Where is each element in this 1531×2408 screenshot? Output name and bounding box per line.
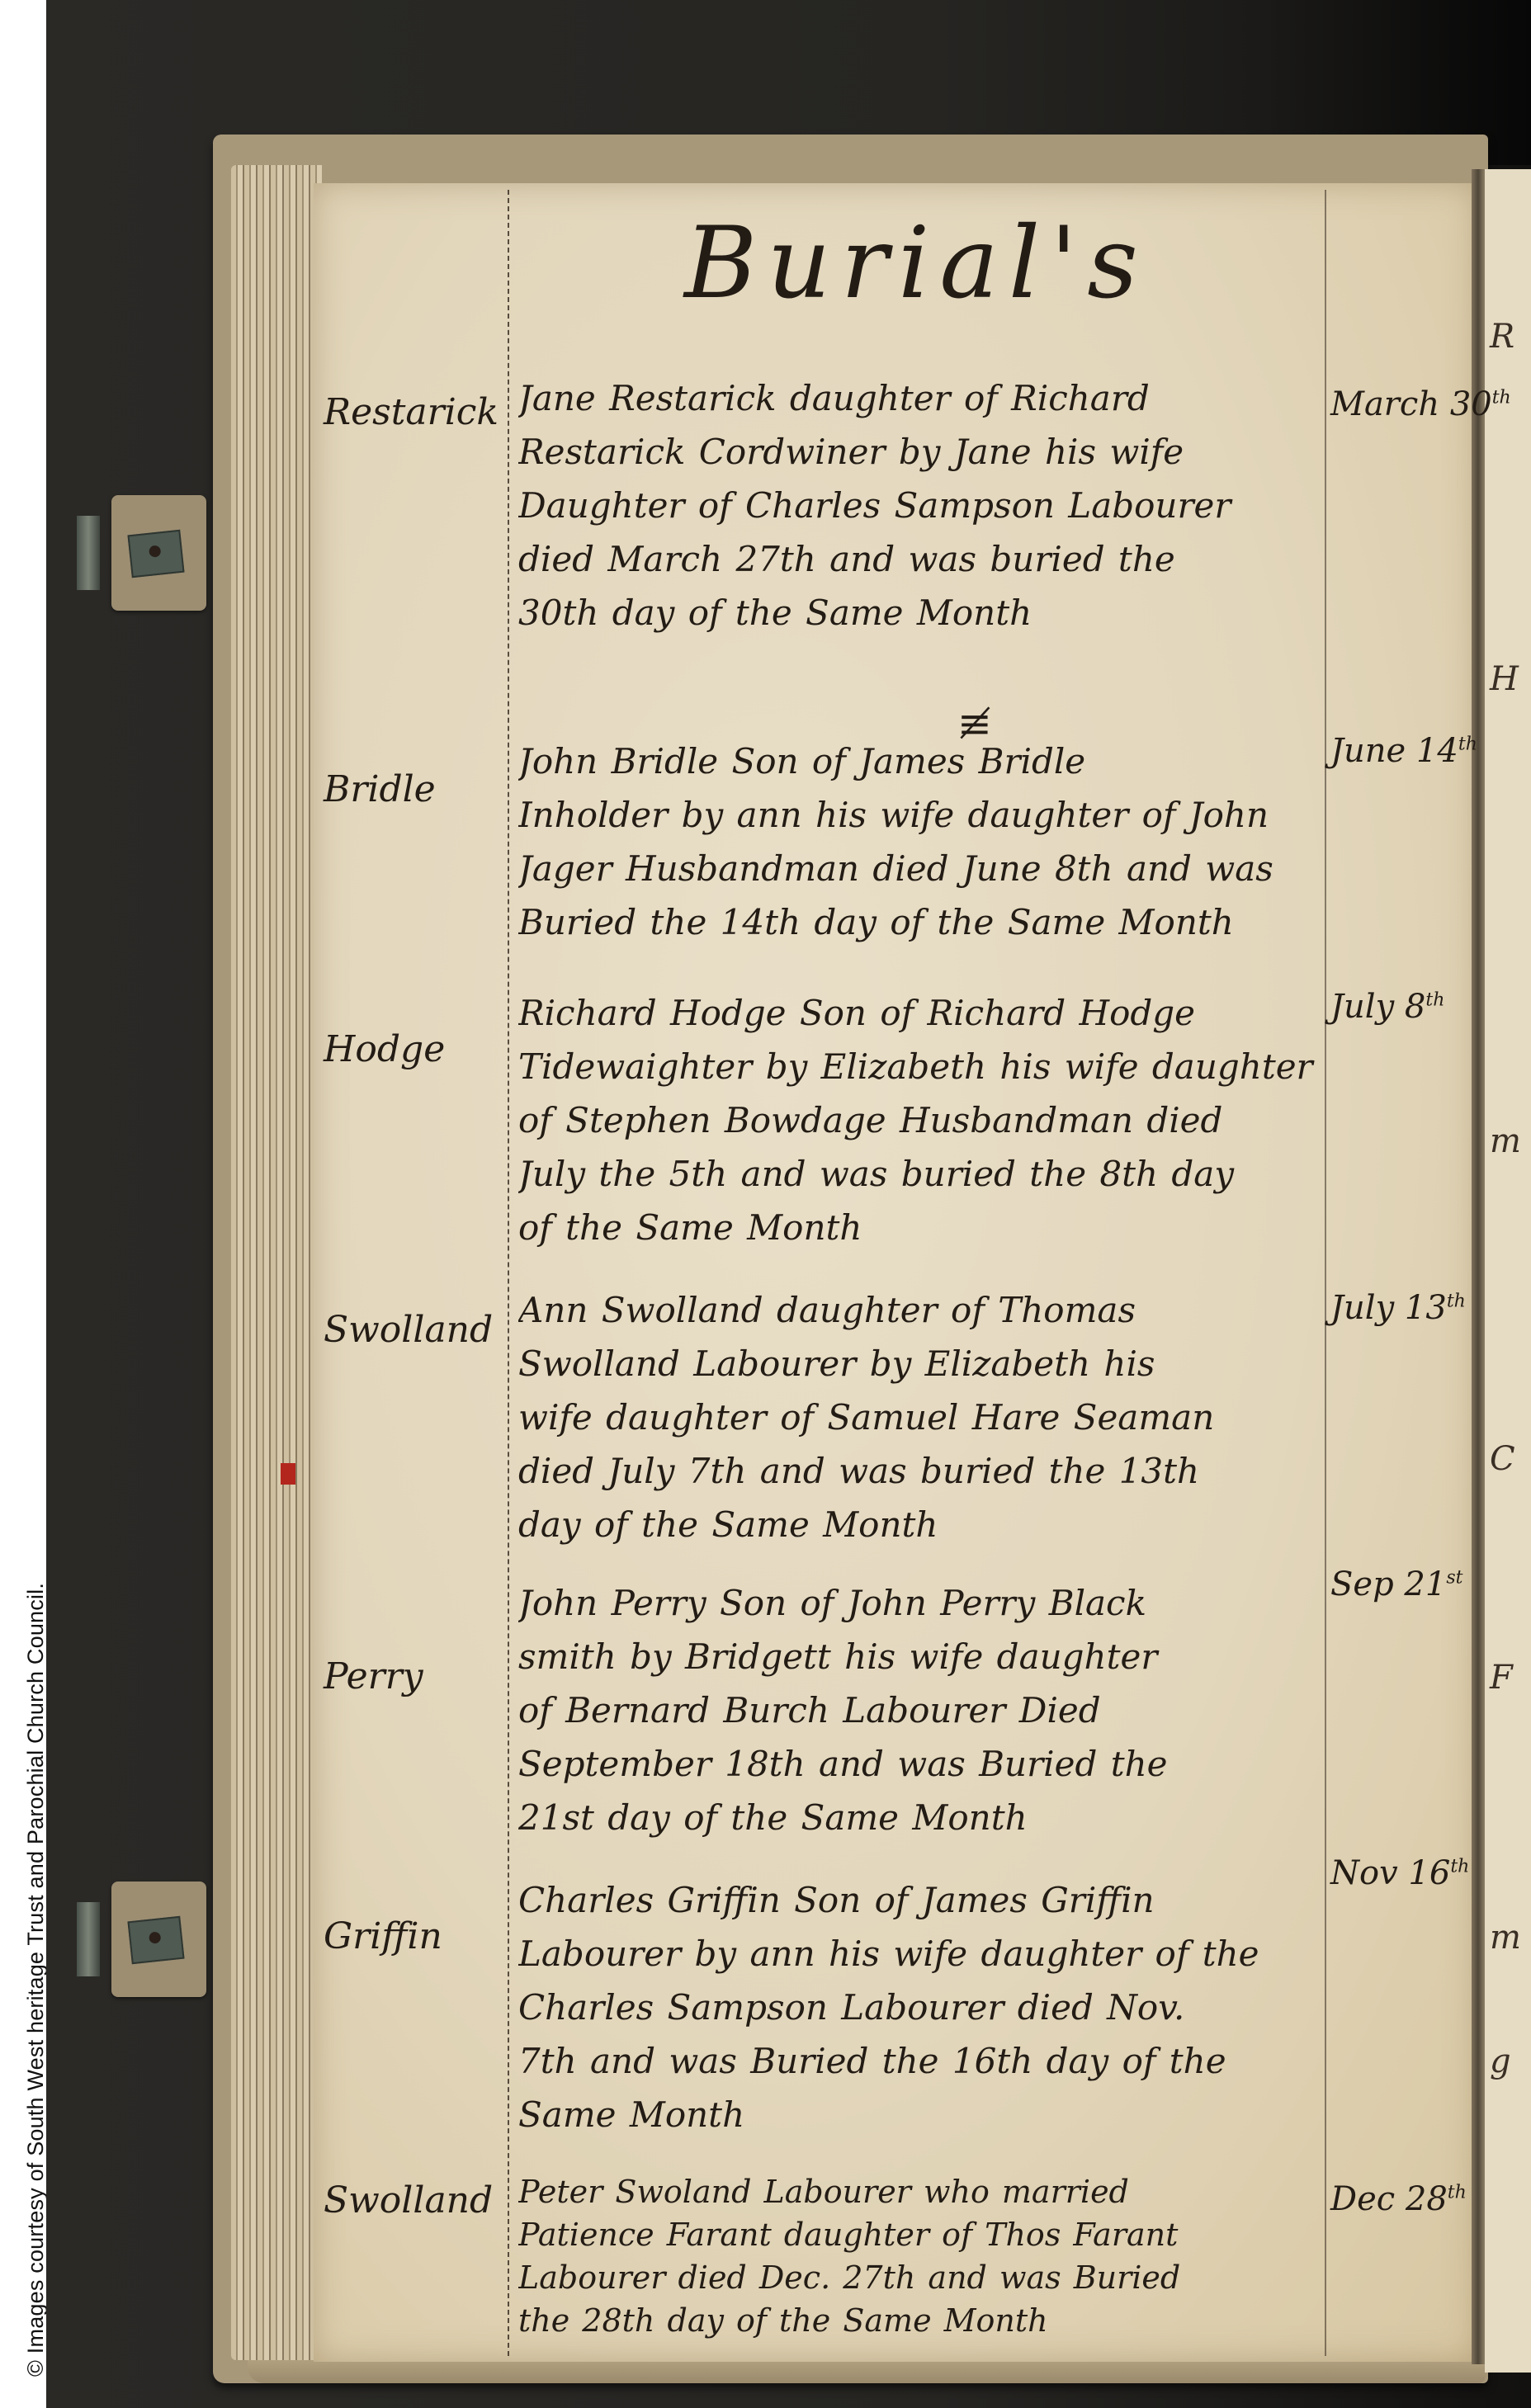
date-suffix: th xyxy=(1447,1291,1466,1312)
facing-page-fragment: H xyxy=(1490,660,1519,698)
entry-line: 7th and was Buried the 16th day of the xyxy=(518,2034,1323,2088)
date-day: 30 xyxy=(1450,385,1492,423)
facing-page-fragment: m xyxy=(1490,1122,1521,1160)
date-day: 16 xyxy=(1408,1854,1450,1892)
entry-line: Same Month xyxy=(518,2088,1323,2141)
entry-line: Daughter of Charles Sampson Labourer xyxy=(518,479,1323,532)
date-suffix: th xyxy=(1458,734,1477,755)
entry-line: Restarick Cordwiner by Jane his wife xyxy=(518,425,1323,479)
entry-line: Patience Farant daughter of Thos Farant xyxy=(518,2213,1323,2256)
entry-line: died July 7th and was buried the 13th xyxy=(518,1444,1323,1498)
burial-entry: Jane Restarick daughter of Richard Resta… xyxy=(518,371,1323,640)
date-suffix: th xyxy=(1492,388,1511,408)
date-month: July xyxy=(1330,1289,1394,1327)
entry-line: July the 5th and was buried the 8th day xyxy=(518,1147,1323,1201)
entry-line: Buried the 14th day of the Same Month xyxy=(518,895,1323,949)
burial-entry: Charles Griffin Son of James Griffin Lab… xyxy=(518,1873,1323,2141)
date-month: June xyxy=(1330,732,1406,770)
burial-entry: John Perry Son of John Perry Black smith… xyxy=(518,1576,1323,1844)
entry-line: 30th day of the Same Month xyxy=(518,586,1323,640)
date-month: Dec xyxy=(1330,2180,1395,2218)
book-gutter xyxy=(1472,169,1485,2364)
burial-entry: Peter Swoland Labourer who married Patie… xyxy=(518,2170,1323,2342)
entry-line: Jager Husbandman died June 8th and was xyxy=(518,842,1323,895)
red-marker-tab xyxy=(281,1463,295,1485)
burial-entry: Richard Hodge Son of Richard Hodge Tidew… xyxy=(518,986,1323,1254)
entry-line: Charles Griffin Son of James Griffin xyxy=(518,1873,1323,1927)
entry-line: Tidewaighter by Elizabeth his wife daugh… xyxy=(518,1040,1323,1093)
date-month: March xyxy=(1330,385,1439,423)
burial-date: Nov 16th xyxy=(1330,1857,1471,1890)
entry-line: Inholder by ann his wife daughter of Joh… xyxy=(518,788,1323,842)
margin-rule xyxy=(508,190,509,2356)
burial-entry: Ann Swolland daughter of Thomas Swolland… xyxy=(518,1283,1323,1551)
margin-surname: Perry xyxy=(324,1659,505,1695)
margin-surname: Griffin xyxy=(324,1919,505,1955)
date-day: 8 xyxy=(1405,988,1425,1026)
date-day: 28 xyxy=(1406,2180,1448,2218)
entry-line: Swolland Labourer by Elizabeth his xyxy=(518,1337,1323,1391)
entry-line: 21st day of the Same Month xyxy=(518,1791,1323,1844)
date-suffix: th xyxy=(1450,1857,1469,1877)
margin-surname: Swolland xyxy=(324,2183,505,2219)
entry-line: died March 27th and was buried the xyxy=(518,532,1323,586)
clasp-pin-icon xyxy=(77,1902,100,1976)
page-stack-edge xyxy=(231,165,322,2360)
date-suffix: th xyxy=(1425,990,1444,1011)
margin-surname: Restarick xyxy=(324,394,505,431)
entry-line: of the Same Month xyxy=(518,1201,1323,1254)
margin-surname: Hodge xyxy=(324,1032,505,1068)
entry-line: September 18th and was Buried the xyxy=(518,1737,1323,1791)
facing-page-fragment: m xyxy=(1490,1919,1521,1957)
entry-line: John Bridle Son of James Bridle xyxy=(518,734,1323,788)
clasp-plate-icon xyxy=(127,530,184,578)
date-month: Nov xyxy=(1330,1854,1398,1892)
brass-clasp-top xyxy=(111,495,206,611)
entry-line: Charles Sampson Labourer died Nov. xyxy=(518,1981,1323,2034)
date-day: 14 xyxy=(1416,732,1458,770)
date-day: 21 xyxy=(1404,1565,1446,1603)
entry-line: wife daughter of Samuel Hare Seaman xyxy=(518,1391,1323,1444)
facing-page-fragment: R xyxy=(1490,318,1514,356)
burial-date: July 13th xyxy=(1330,1291,1471,1324)
burial-date: Dec 28th xyxy=(1330,2183,1471,2216)
entry-line: Labourer died Dec. 27th and was Buried xyxy=(518,2256,1323,2299)
copyright-credit: © Images courtesy of South West heritage… xyxy=(23,1583,49,2377)
page-title: Burial's xyxy=(627,206,1205,321)
credit-strip: © Images courtesy of South West heritage… xyxy=(0,0,46,2408)
date-suffix: th xyxy=(1448,2183,1467,2203)
clasp-plate-icon xyxy=(127,1916,184,1964)
entry-line: smith by Bridgett his wife daughter xyxy=(518,1630,1323,1683)
entry-line: of Stephen Bowdage Husbandman died xyxy=(518,1093,1323,1147)
date-month: July xyxy=(1330,988,1394,1026)
burial-date: Sep 21st xyxy=(1330,1568,1471,1601)
entry-line: day of the Same Month xyxy=(518,1498,1323,1551)
date-month: Sep xyxy=(1330,1565,1394,1603)
entry-line: Labourer by ann his wife daughter of the xyxy=(518,1927,1323,1981)
entry-line: Ann Swolland daughter of Thomas xyxy=(518,1283,1323,1337)
facing-page-fragment: C xyxy=(1490,1440,1515,1478)
date-column-rule xyxy=(1325,190,1326,2356)
burial-date: March 30th xyxy=(1330,388,1471,421)
entry-line: of Bernard Burch Labourer Died xyxy=(518,1683,1323,1737)
margin-surname: Bridle xyxy=(324,772,505,808)
entry-line: Richard Hodge Son of Richard Hodge xyxy=(518,986,1323,1040)
facing-page-fragment: F xyxy=(1490,1659,1513,1697)
margin-surname: Swolland xyxy=(324,1312,505,1348)
burial-entry: John Bridle Son of James Bridle Inholder… xyxy=(518,734,1323,949)
date-suffix: st xyxy=(1446,1568,1462,1589)
burial-date: July 8th xyxy=(1330,990,1471,1023)
entry-line: John Perry Son of John Perry Black xyxy=(518,1576,1323,1630)
clasp-pin-icon xyxy=(77,516,100,590)
facing-page-fragment: g xyxy=(1490,2042,1511,2080)
brass-clasp-bottom xyxy=(111,1882,206,1997)
entry-line: Jane Restarick daughter of Richard xyxy=(518,371,1323,425)
date-day: 13 xyxy=(1405,1289,1447,1327)
burial-date: June 14th xyxy=(1330,734,1471,767)
entry-line: the 28th day of the Same Month xyxy=(518,2299,1323,2342)
entry-line: Peter Swoland Labourer who married xyxy=(518,2170,1323,2213)
